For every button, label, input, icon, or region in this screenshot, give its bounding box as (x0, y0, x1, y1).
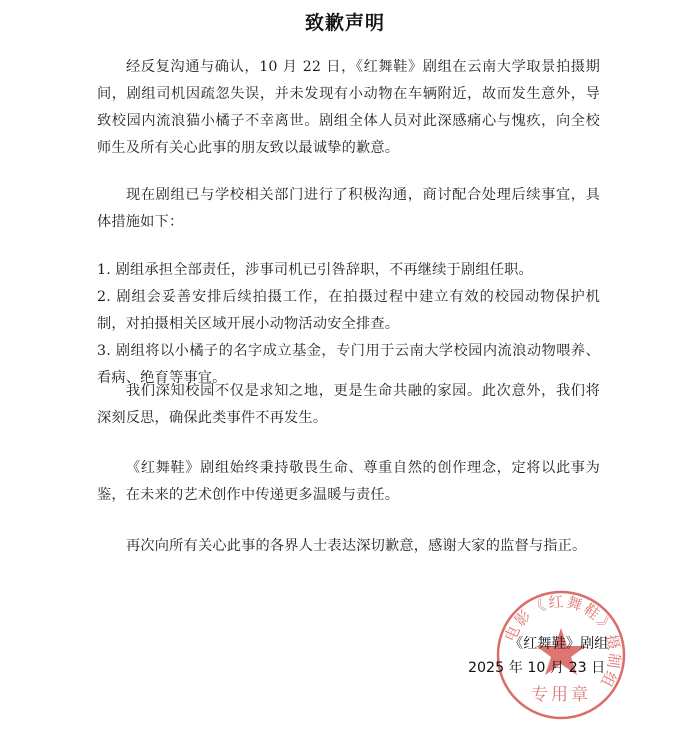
signature-block: 《红舞鞋》剧组 2025 年 10 月 23 日 (478, 632, 608, 680)
stamp-center-text: 专用章 (531, 684, 591, 705)
paragraph-reflection: 我们深知校园不仅是求知之地，更是生命共融的家园。此次意外，我们将深刻反思，确保此… (97, 378, 600, 432)
paragraph-incident: 经反复沟通与确认，10 月 22 日，《红舞鞋》剧组在云南大学取景拍摄期间，剧组… (97, 54, 600, 162)
paragraph-closing: 再次向所有关心此事的各界人士表达深切歉意，感谢大家的监督与指正。 (97, 533, 600, 560)
paragraph-measures-intro: 现在剧组已与学校相关部门进行了积极沟通，商讨配合处理后续事宜，具体措施如下： (97, 182, 600, 236)
measure-item-2: 2. 剧组会妥善安排后续拍摄工作，在拍摄过程中建立有效的校园动物保护机制，对拍摄… (97, 284, 600, 338)
measures-list: 1. 剧组承担全部责任，涉事司机已引咎辞职，不再继续于剧组任职。 2. 剧组会妥… (97, 257, 600, 392)
paragraph-commitment: 《红舞鞋》剧组始终秉持敬畏生命、尊重自然的创作理念，定将以此事为鉴，在未来的艺术… (97, 455, 600, 509)
measure-item-1: 1. 剧组承担全部责任，涉事司机已引咎辞职，不再继续于剧组任职。 (97, 257, 600, 284)
document-title: 致歉声明 (0, 8, 690, 35)
signature-date: 2025 年 10 月 23 日 (468, 656, 608, 680)
signature-org: 《红舞鞋》剧组 (478, 632, 608, 656)
